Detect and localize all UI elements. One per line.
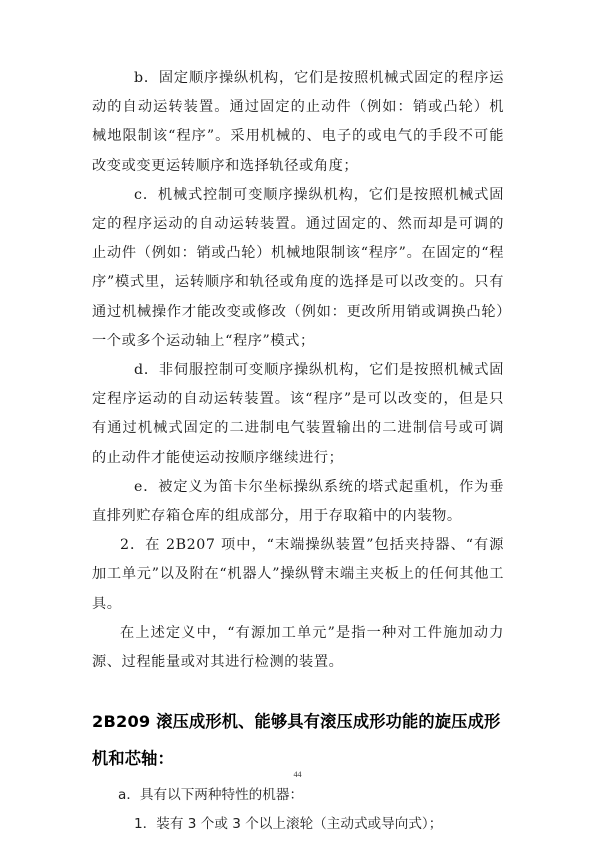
page-number: 44 bbox=[0, 770, 595, 779]
item-a-1: 1．装有 3 个或 3 个以上滚轮（主动式或导向式）； bbox=[134, 810, 504, 839]
paragraph-c: c．机械式控制可变顺序操纵机构，它们是按照机械式固定的程序运动的自动运转装置。通… bbox=[92, 181, 504, 356]
paragraph-e: e．被定义为笛卡尔坐标操纵系统的塔式起重机，作为垂直排列贮存箱仓库的组成部分，用… bbox=[92, 473, 504, 531]
paragraph-d: d．非伺服控制可变顺序操纵机构，它们是按照机械式固定程序运动的自动运转装置。该“… bbox=[92, 356, 504, 473]
note-2-definition: 在上述定义中，“有源加工单元”是指一种对工件施加动力源、过程能量或对其进行检测的… bbox=[92, 619, 504, 677]
paragraph-b: b．固定顺序操纵机构，它们是按照机械式固定的程序运动的自动运转装置。通过固定的止… bbox=[92, 64, 504, 181]
document-page: b．固定顺序操纵机构，它们是按照机械式固定的程序运动的自动运转装置。通过固定的止… bbox=[92, 64, 504, 839]
item-a: a．具有以下两种特性的机器： bbox=[118, 781, 504, 810]
section-heading-2b209: 2B209 滚压成形机、能够具有滚压成形功能的旋压成形机和芯轴： bbox=[92, 703, 504, 777]
note-2: 2．在 2B207 项中，“末端操纵装置”包括夹持器、“有源加工单元”以及附在“… bbox=[92, 531, 504, 619]
